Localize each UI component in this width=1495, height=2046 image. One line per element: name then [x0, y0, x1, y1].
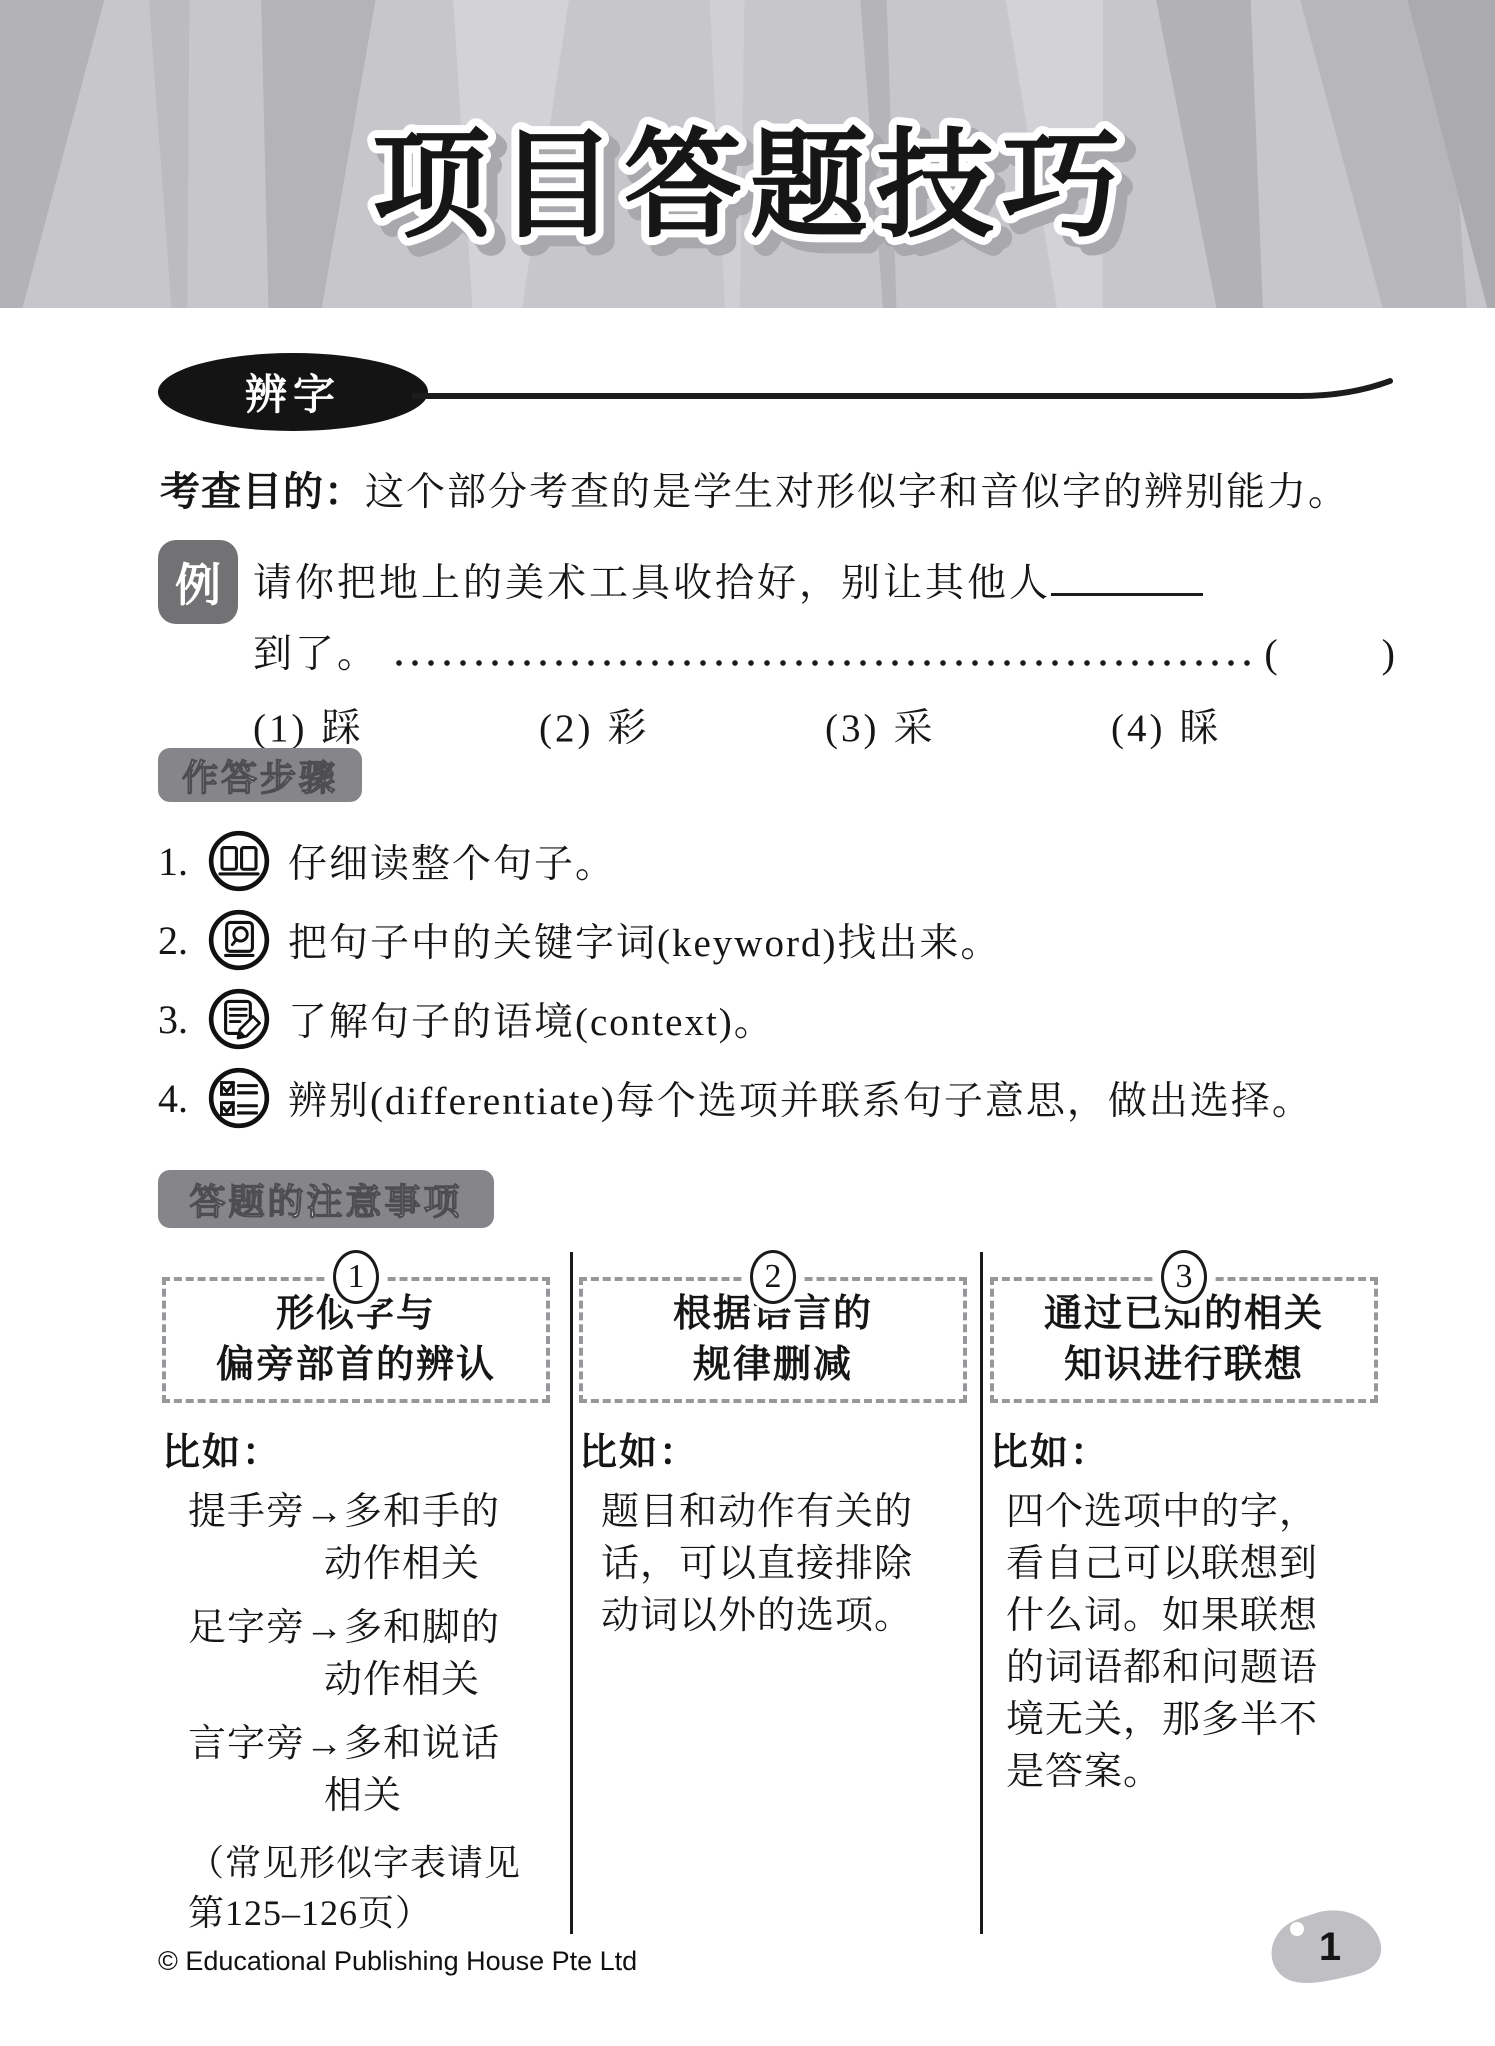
document-pencil-icon [206, 986, 272, 1052]
example-sentence-line1: 请你把地上的美术工具收拾好，别让其他人 [253, 552, 1403, 608]
page-number-blob: 1 [1258, 1898, 1398, 2008]
step-item-4: 4. 辨别(differentiate)每个选项并联系句子意思，做出选择。 [158, 1065, 1418, 1131]
example-badge: 例 [158, 540, 238, 624]
banner: 项目答题技巧 项目答题技巧 [0, 0, 1495, 308]
answer-parentheses: ( ) [1264, 622, 1403, 679]
option-1: (1)踩 [253, 697, 539, 753]
column-body: 四个选项中的字， 看自己可以联想到 什么词。如果联想 的词语都和问题语 境无关，… [990, 1486, 1378, 1798]
fill-in-blank [1051, 555, 1203, 596]
example-options: (1)踩 (2)彩 (3)采 (4)睬 [253, 697, 1403, 753]
circled-number-1: 1 [333, 1250, 379, 1304]
step-item-3: 3. 了解句子的语境(context)。 [158, 986, 1418, 1052]
step-number: 2. [158, 917, 206, 964]
radical-rule: 提手旁→多和手的 动作相关 [188, 1486, 550, 1590]
page-title: 项目答题技巧 项目答题技巧 [0, 70, 1495, 290]
radical-rule: 言字旁→多和说话 相关 [188, 1718, 550, 1822]
checklist-icon [206, 1065, 272, 1131]
open-book-icon [206, 828, 272, 894]
option-4: (4)睬 [1111, 697, 1397, 753]
notes-badge: 答题的注意事项 [158, 1170, 494, 1228]
dotted-leader [391, 657, 1260, 669]
blob-highlight-dot [1290, 1922, 1304, 1936]
column-body: 题目和动作有关的 话，可以直接排除 动词以外的选项。 [579, 1486, 967, 1642]
section-rule-line [412, 370, 1402, 420]
column-divider [980, 1252, 983, 1934]
example-block: 请你把地上的美术工具收拾好，别让其他人 到了。 ( ) (1)踩 (2)彩 (3… [253, 552, 1403, 753]
section-tab-label: 辨字 [245, 362, 341, 422]
search-book-icon [206, 907, 272, 973]
steps-badge-label: 作答步骤 [182, 750, 338, 801]
example-label: 比如： [579, 1421, 967, 1476]
circled-number-3: 3 [1161, 1250, 1207, 1304]
step-text: 把句子中的关键字词(keyword)找出来。 [288, 912, 1001, 968]
step-item-2: 2. 把句子中的关键字词(keyword)找出来。 [158, 907, 1418, 973]
column-body: 提手旁→多和手的 动作相关 足字旁→多和脚的 动作相关 言字旁→多和说话 相关 … [162, 1486, 550, 1938]
steps-badge: 作答步骤 [158, 748, 362, 802]
step-text: 了解句子的语境(context)。 [288, 991, 775, 1047]
page-title-text: 项目答题技巧 [372, 120, 1128, 252]
column-divider [570, 1252, 573, 1934]
section-tab-bianzi: 辨字 [158, 353, 428, 431]
step-item-1: 1. 仔细读整个句子。 [158, 828, 1418, 894]
purpose-text: 这个部分考查的是学生对形似字和音似字的辨别能力。 [365, 471, 1349, 514]
option-2: (2)彩 [539, 697, 825, 753]
circled-number-2: 2 [750, 1250, 796, 1304]
steps-list: 1. 仔细读整个句子。 2. 把句子中的关键字词(keyword)找出来。 3. [158, 828, 1418, 1144]
note-column-2: 2 根据语言的 规律删减 比如： 题目和动作有关的 话，可以直接排除 动词以外的… [579, 1250, 967, 1642]
step-text: 辨别(differentiate)每个选项并联系句子意思，做出选择。 [288, 1070, 1313, 1126]
example-label: 比如： [990, 1421, 1378, 1476]
step-number: 3. [158, 996, 206, 1043]
notes-badge-label: 答题的注意事项 [189, 1174, 462, 1225]
option-3: (3)采 [825, 697, 1111, 753]
workbook-page: 项目答题技巧 项目答题技巧 辨字 考查目的：这个部分考查的是学生对形似字和音似字… [0, 0, 1495, 2046]
reference-note: （常见形似字表请见 第125–126页） [188, 1838, 550, 1938]
note-column-3: 3 通过已知的相关 知识进行联想 比如： 四个选项中的字， 看自己可以联想到 什… [990, 1250, 1378, 1798]
note-column-1: 1 形似字与 偏旁部首的辨认 比如： 提手旁→多和手的 动作相关 足字旁→多和脚… [162, 1250, 550, 1938]
copyright-text: © Educational Publishing House Pte Ltd [158, 1946, 637, 1977]
step-number: 4. [158, 1075, 206, 1122]
purpose-label: 考查目的： [160, 470, 365, 514]
step-text: 仔细读整个句子。 [288, 833, 616, 889]
example-badge-label: 例 [175, 549, 221, 615]
example-label: 比如： [162, 1421, 550, 1476]
page-number: 1 [1319, 1925, 1341, 1969]
purpose-line: 考查目的：这个部分考查的是学生对形似字和音似字的辨别能力。 [160, 460, 1420, 517]
radical-rule: 足字旁→多和脚的 动作相关 [188, 1602, 550, 1706]
step-number: 1. [158, 838, 206, 885]
example-sentence-line2: 到了。 ( ) [253, 622, 1403, 679]
